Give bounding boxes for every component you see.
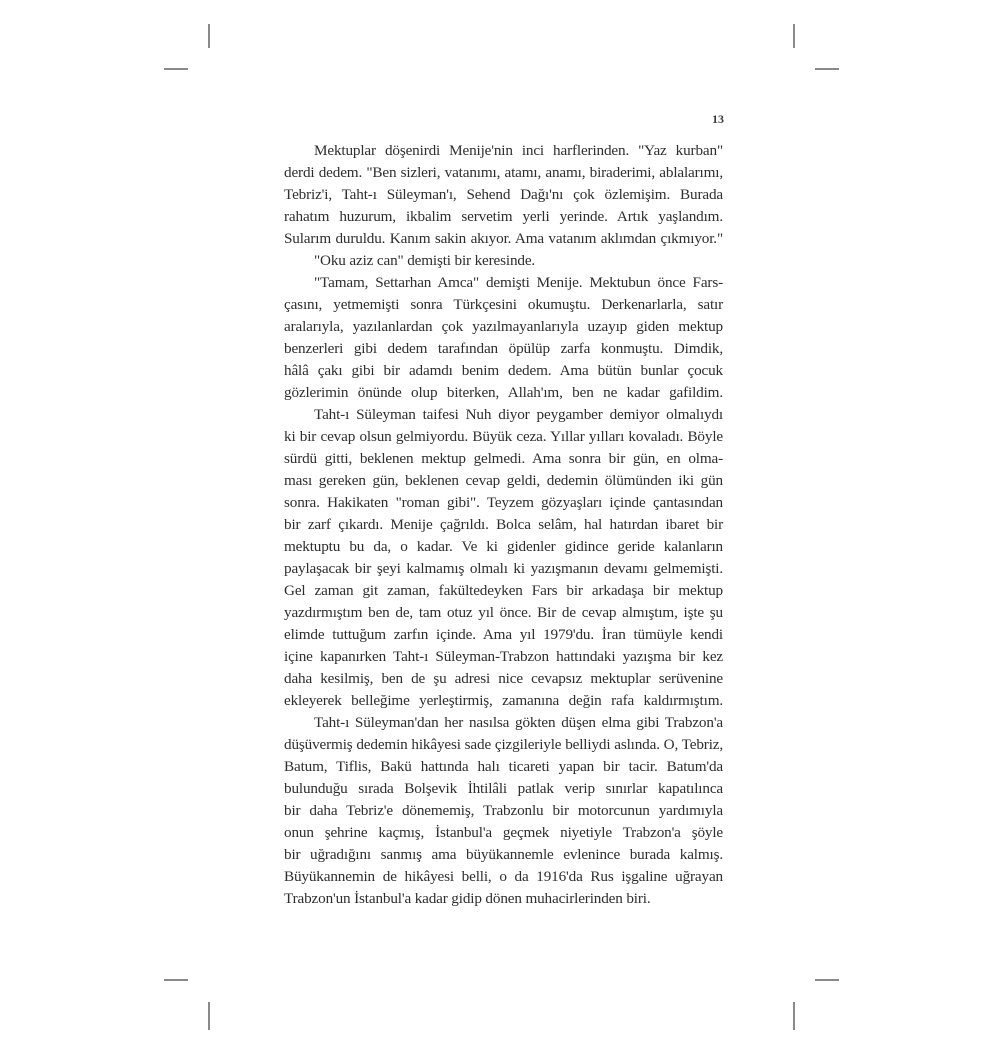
text-line: bulunduğu sırada Bolşevik İhtilâli patla… <box>284 778 723 800</box>
crop-mark-top-right-vertical <box>793 24 795 48</box>
paragraph: "Oku aziz can" demişti bir keresinde. <box>284 250 723 272</box>
text-line: ması gereken gün, beklenen cevap geldi, … <box>284 470 723 492</box>
text-line: Gel zaman git zaman, fakültedeyken Fars … <box>284 580 723 602</box>
crop-mark-top-right-horizontal <box>815 68 839 70</box>
paragraph: Taht-ı Süleyman'dan her nasılsa gökten d… <box>284 712 723 910</box>
text-line: yazdırmıştım ben de, tam otuz yıl önce. … <box>284 602 723 624</box>
text-line: bir uğradığını sanmış ama büyükannemle e… <box>284 844 723 866</box>
text-line: "Oku aziz can" demişti bir keresinde. <box>284 250 723 272</box>
text-line: mektuptu bu da, o kadar. Ve ki gidenler … <box>284 536 723 558</box>
crop-mark-bottom-left-horizontal <box>164 979 188 981</box>
paragraph: "Tamam, Settarhan Amca" demişti Menije. … <box>284 272 723 404</box>
text-line: Büyükannemin de hikâyesi belli, o da 191… <box>284 866 723 888</box>
text-line: "Tamam, Settarhan Amca" demişti Menije. … <box>284 272 723 294</box>
text-line: bir daha Tebriz'e dönememiş, Trabzonlu b… <box>284 800 723 822</box>
text-line: bir zarf çıkardı. Menije çağrıldı. Bolca… <box>284 514 723 536</box>
text-line: daha kesilmiş, ben de şu adresi nice cev… <box>284 668 723 690</box>
text-line: hâlâ çakı gibi bir adamdı benim dedem. A… <box>284 360 723 382</box>
paragraph: Taht-ı Süleyman taifesi Nuh diyor peygam… <box>284 404 723 712</box>
text-line: Mektuplar döşenirdi Menije'nin inci harf… <box>284 140 723 162</box>
crop-mark-bottom-right-vertical <box>793 1002 795 1030</box>
text-line: paylaşacak bir şeyi kalmamış olmalı ki y… <box>284 558 723 580</box>
text-line: aralarıyla, yazılanlardan çok yazılmayan… <box>284 316 723 338</box>
text-line: onun şehrine kaçmış, İstanbul'a geçmek n… <box>284 822 723 844</box>
crop-mark-top-left-vertical <box>208 24 210 48</box>
crop-mark-bottom-left-vertical <box>208 1002 210 1030</box>
text-line: ekleyerek belleğime yerleştirmiş, zamanı… <box>284 690 723 712</box>
text-line: Taht-ı Süleyman taifesi Nuh diyor peygam… <box>284 404 723 426</box>
text-line: sonra. Hakikaten "roman gibi". Teyzem gö… <box>284 492 723 514</box>
text-line: çasını, yetmemişti sonra Türkçesini okum… <box>284 294 723 316</box>
text-line: gözlerimin önünde olup biterken, Allah'ı… <box>284 382 723 404</box>
text-line: benzerleri gibi dedem tarafından öpülüp … <box>284 338 723 360</box>
text-line: Sularım duruldu. Kanım sakin akıyor. Ama… <box>284 228 723 250</box>
text-line: Batum, Tiflis, Bakü hattında halı ticare… <box>284 756 723 778</box>
text-line: Taht-ı Süleyman'dan her nasılsa gökten d… <box>284 712 723 734</box>
text-line: içine kapanırken Taht-ı Süleyman-Trabzon… <box>284 646 723 668</box>
text-line: Tebriz'i, Taht-ı Süleyman'ı, Sehend Dağı… <box>284 184 723 206</box>
text-line: elimde tuttuğum zarfın içinde. Ama yıl 1… <box>284 624 723 646</box>
paragraph: Mektuplar döşenirdi Menije'nin inci harf… <box>284 140 723 250</box>
text-line: düşüvermiş dedemin hikâyesi sade çizgile… <box>284 734 723 756</box>
text-line: sürdü gitti, beklenen mektup gelmedi. Am… <box>284 448 723 470</box>
text-line: ki bir cevap olsun gelmiyordu. Büyük cez… <box>284 426 723 448</box>
crop-mark-bottom-right-horizontal <box>815 979 839 981</box>
text-line: Trabzon'un İstanbul'a kadar gidip dönen … <box>284 888 723 910</box>
text-line: rahatım huzurum, ikbalim servetim yerli … <box>284 206 723 228</box>
page-number: 13 <box>700 112 724 127</box>
crop-mark-top-left-horizontal <box>164 68 188 70</box>
text-line: derdi dedem. "Ben sizleri, vatanımı, ata… <box>284 162 723 184</box>
page-body: Mektuplar döşenirdi Menije'nin inci harf… <box>284 140 723 910</box>
